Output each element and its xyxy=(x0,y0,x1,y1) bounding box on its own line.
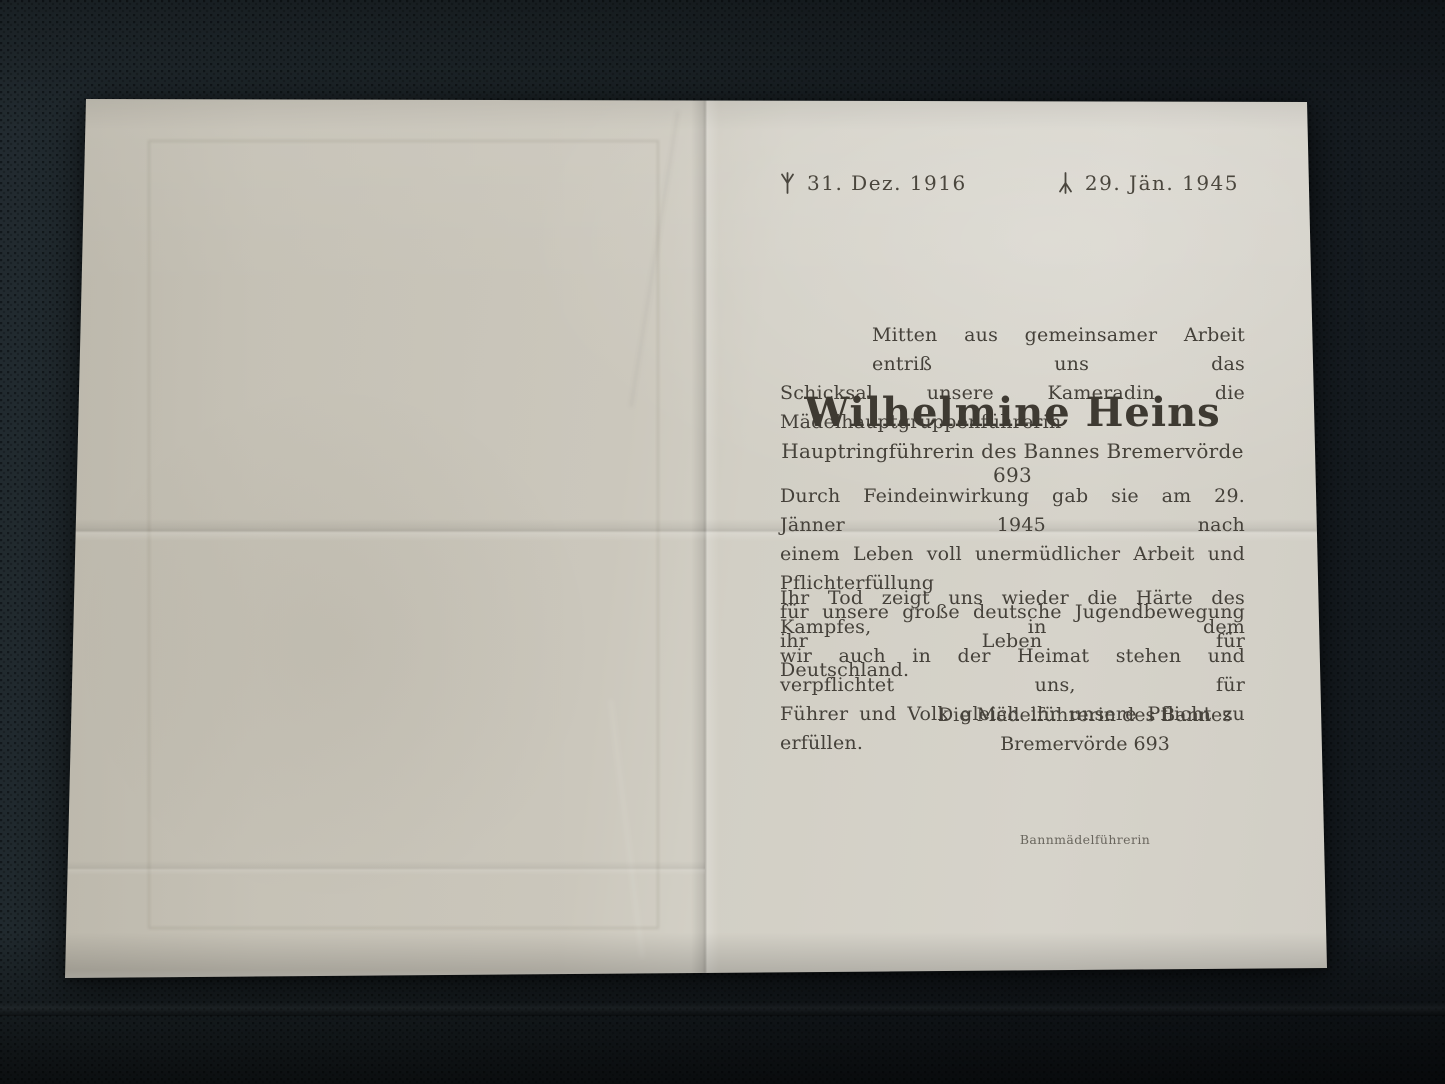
intro-line: Mitten aus gemeinsamer Arbeit entriß uns… xyxy=(780,321,1245,379)
signature-line: Die Mädelführerin des Bannes xyxy=(895,701,1275,730)
memorial-card-paper: 31. Dez. 1916 29. Jän. 1945 xyxy=(65,99,1327,978)
body-line: Durch Feindeinwirkung gab sie am 29. Jän… xyxy=(780,482,1245,540)
paper-sheet: 31. Dez. 1916 29. Jän. 1945 xyxy=(65,99,1327,978)
deceased-rank: Hauptringführerin des Bannes Bremervörde… xyxy=(780,439,1245,487)
body-line: Ihr Tod zeigt uns wieder die Härte des K… xyxy=(780,584,1245,642)
signature-block: Die Mädelführerin des Bannes Bremervörde… xyxy=(895,701,1275,759)
paper-bottom-edge xyxy=(65,970,1327,978)
signature-line: Bremervörde 693 xyxy=(895,730,1275,759)
photo-scene: 31. Dez. 1916 29. Jän. 1945 xyxy=(0,0,1445,1084)
paper-crease xyxy=(65,861,705,875)
death-date-text: 29. Jän. 1945 xyxy=(1085,171,1239,195)
birth-date-text: 31. Dez. 1916 xyxy=(807,171,967,195)
life-rune-icon xyxy=(780,171,795,195)
footer-small-title: Bannmädelführerin xyxy=(895,832,1275,847)
deceased-name: Wilhelmine Heins xyxy=(780,389,1245,436)
death-rune-icon xyxy=(1058,171,1073,195)
birth-date: 31. Dez. 1916 xyxy=(780,171,967,195)
dates-row: 31. Dez. 1916 29. Jän. 1945 xyxy=(780,171,1245,195)
body-line: wir auch in der Heimat stehen und verpfl… xyxy=(780,642,1245,700)
fabric-fold-shadow xyxy=(0,1002,1445,1016)
death-date: 29. Jän. 1945 xyxy=(1058,171,1239,195)
